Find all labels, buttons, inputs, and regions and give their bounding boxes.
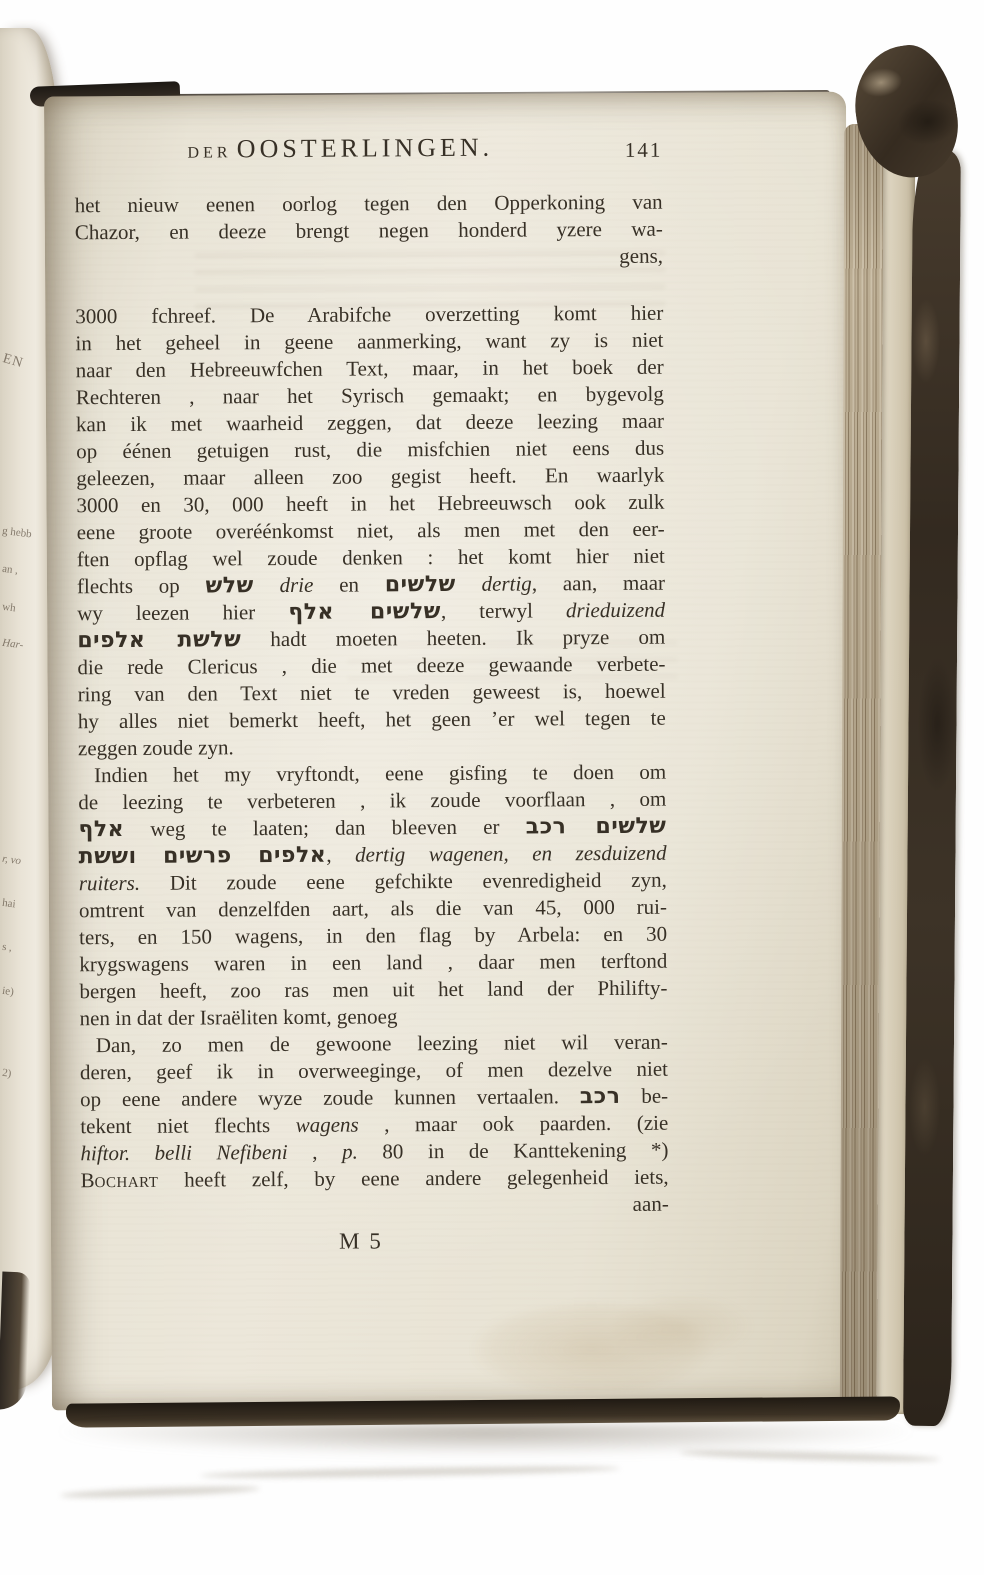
text-line: aan- bbox=[81, 1191, 669, 1222]
hebrew-text: אלף bbox=[78, 817, 124, 842]
text-line: deren, geef ik in overweeginge, of men d… bbox=[80, 1056, 668, 1087]
edge-text-fragment: ie) bbox=[1, 985, 54, 1003]
text-segment: Indien het my vryftondt, eene gisfing te… bbox=[94, 760, 666, 787]
text-line: ters, en 150 wagens, in den flag by Arbe… bbox=[79, 921, 667, 952]
text-line: geleezen, maar alleen zoo gegist heeft. … bbox=[76, 462, 664, 493]
text-segment: ring van den Text niet te vreden geweest… bbox=[78, 679, 666, 707]
book-photo: ENg hebban ,whHar-r, vohais ,ie)2) DER O… bbox=[0, 0, 984, 1575]
text-segment: geleezen, maar alleen zoo gegist heeft. … bbox=[76, 463, 664, 491]
text-segment: tekent niet flechts bbox=[80, 1113, 296, 1138]
text-segment: naar den Hebreeuwfchen Text, maar, in he… bbox=[76, 355, 664, 383]
text-segment: drie bbox=[279, 573, 313, 597]
text-segment: kan ik met waarheid zeggen, dat deeze le… bbox=[76, 409, 664, 437]
text-line: אלפים פרשים וששת, dertig wagenen, en zes… bbox=[79, 840, 667, 871]
text-segment: flechts op bbox=[77, 573, 206, 598]
text-segment: de leezing te verbeteren , ik zoude voor… bbox=[78, 787, 666, 815]
text-segment: weg te laaten; dan bleeven er bbox=[124, 815, 526, 841]
text-segment: ters, en 150 wagens, in den flag by Arbe… bbox=[79, 922, 667, 950]
text-line: op éénen getuigen rust, die misfchien ni… bbox=[76, 435, 664, 466]
paragraph: Dan, zo men de gewoone leezing niet wil … bbox=[80, 1029, 669, 1222]
text-segment: omtrent van denzelfden aart, als die van… bbox=[79, 895, 667, 923]
text-segment: , bbox=[326, 843, 355, 867]
text-segment: 3000 fchreef. De Arabifche overzetting k… bbox=[75, 301, 663, 329]
text-segment: die rede Clericus , die met deeze gewaan… bbox=[77, 652, 665, 680]
shadow-smudge bbox=[200, 1464, 620, 1479]
text-segment: en bbox=[313, 572, 385, 596]
text-segment: hy alles niet bemerkt heeft, het geen ’e… bbox=[78, 706, 666, 734]
text-segment: be- bbox=[620, 1084, 668, 1108]
text-line: kan ik met waarheid zeggen, dat deeze le… bbox=[76, 408, 664, 439]
text-line: 3000 fchreef. De Arabifche overzetting k… bbox=[75, 300, 663, 331]
text-segment: hadt moeten heeten. Ik pryze om bbox=[241, 625, 665, 652]
hebrew-text: שלשים אלף bbox=[288, 599, 441, 625]
hebrew-text: שלשת אלפים bbox=[77, 627, 241, 653]
text-segment bbox=[254, 573, 280, 597]
edge-text-fragment: 2) bbox=[1, 1067, 54, 1085]
text-line: Rechteren , naar het Syrisch gemaakt; en… bbox=[76, 381, 664, 412]
text-segment: ochart bbox=[95, 1168, 159, 1192]
leather-cover-edge bbox=[903, 150, 961, 1426]
running-title-prefix: DER bbox=[187, 144, 231, 161]
body-text: het nieuw eenen oorlog tegen den Opperko… bbox=[75, 189, 669, 1222]
text-segment: hiftor. belli Nefibeni bbox=[80, 1140, 287, 1165]
text-segment: deren, geef ik in overweeginge, of men d… bbox=[80, 1057, 668, 1085]
text-line: op eene andere wyze zoude kunnen vertaal… bbox=[80, 1083, 668, 1114]
text-segment: Dit zoude eene gefchikte evenredigheid z… bbox=[140, 868, 667, 895]
hebrew-text: שלשים רכב bbox=[526, 814, 667, 840]
text-segment: B bbox=[81, 1168, 95, 1192]
text-line: שלשת אלפים hadt moeten heeten. Ik pryze … bbox=[77, 624, 665, 655]
paragraph: Indien het my vryftondt, eene gisfing te… bbox=[78, 759, 668, 1033]
edge-text-fragment: r, vo bbox=[1, 853, 54, 871]
text-line: in het geheel in geene aanmerking, want … bbox=[75, 327, 663, 358]
edge-text-fragment: s , bbox=[1, 941, 54, 959]
text-line: Indien het my vryftondt, eene gisfing te… bbox=[78, 759, 666, 790]
hebrew-text: רכב bbox=[580, 1084, 621, 1109]
text-segment bbox=[456, 572, 482, 596]
text-segment: nen in dat der Israëliten komt, genoeg bbox=[80, 1004, 398, 1030]
hebrew-text: שלש bbox=[205, 573, 253, 598]
text-line: bergen heeft, zoo ras men uit het land d… bbox=[79, 975, 667, 1006]
text-block: DER OOSTERLINGEN. 141 het nieuw eenen oo… bbox=[74, 133, 669, 1257]
running-title: DER OOSTERLINGEN. bbox=[74, 133, 606, 167]
binding-edge-bottom-left bbox=[0, 1272, 30, 1411]
text-segment: bergen heeft, zoo ras men uit het land d… bbox=[79, 976, 667, 1004]
text-segment: zeggen zoude zyn. bbox=[78, 735, 234, 760]
text-line: tekent niet flechts wagens , maar ook pa… bbox=[80, 1110, 668, 1141]
text-line: ruiters. Dit zoude eene gefchikte evenre… bbox=[79, 867, 667, 898]
text-line: Chazor, en deeze brengt negen honderd yz… bbox=[75, 216, 663, 247]
text-segment: , bbox=[288, 1140, 343, 1164]
text-line: 3000 en 30, 000 heeft in het Hebreeuwsch… bbox=[76, 489, 664, 520]
text-segment: het nieuw eenen oorlog tegen den Opperko… bbox=[75, 190, 663, 218]
text-segment: 3000 en 30, 000 heeft in het Hebreeuwsch… bbox=[76, 490, 664, 518]
hebrew-text: אלפים פרשים וששת bbox=[79, 843, 327, 870]
page-number: 141 bbox=[625, 137, 663, 164]
text-segment: op eene andere wyze zoude kunnen vertaal… bbox=[80, 1084, 580, 1111]
text-line: omtrent van denzelfden aart, als die van… bbox=[79, 894, 667, 925]
text-line: zeggen zoude zyn. bbox=[78, 732, 666, 763]
text-segment: p. bbox=[342, 1140, 358, 1164]
text-line: Dan, zo men de gewoone leezing niet wil … bbox=[80, 1029, 668, 1060]
text-line: de leezing te verbeteren , ik zoude voor… bbox=[78, 786, 666, 817]
hebrew-text: שלשים bbox=[385, 572, 456, 597]
text-segment: heeft zelf, by eene andere gelegenheid i… bbox=[158, 1165, 668, 1192]
text-segment: in het geheel in geene aanmerking, want … bbox=[75, 328, 663, 356]
paragraph: 3000 fchreef. De Arabifche overzetting k… bbox=[75, 300, 666, 763]
shadow-smudge bbox=[60, 1485, 260, 1500]
text-line: wy leezen hier שלשים אלף, terwyl driedui… bbox=[77, 597, 665, 628]
text-line: hiftor. belli Nefibeni , p. 80 in de Kan… bbox=[80, 1137, 668, 1168]
text-line: ring van den Text niet te vreden geweest… bbox=[78, 678, 666, 709]
text-segment: aan- bbox=[633, 1192, 669, 1216]
book-page: DER OOSTERLINGEN. 141 het nieuw eenen oo… bbox=[44, 92, 854, 1411]
text-segment: , terwyl bbox=[441, 598, 566, 623]
text-line: ften opflag wel zoude denken : het komt … bbox=[77, 543, 665, 574]
text-line: het nieuw eenen oorlog tegen den Opperko… bbox=[75, 189, 663, 220]
text-segment: 80 in de Kanttekening *) bbox=[358, 1138, 669, 1164]
text-segment: op éénen getuigen rust, die misfchien ni… bbox=[76, 436, 664, 464]
text-segment: dertig wagenen, en zesduizend bbox=[355, 841, 667, 867]
text-line: אלף weg te laaten; dan bleeven er שלשים … bbox=[78, 813, 666, 844]
text-segment: eene groote overéénkomst niet, als men m… bbox=[77, 517, 665, 545]
text-segment: , aan, maar bbox=[532, 571, 665, 596]
text-line: krygswagens waren in een land , daar men… bbox=[79, 948, 667, 979]
text-segment: gens, bbox=[619, 244, 663, 268]
text-line: hy alles niet bemerkt heeft, het geen ’e… bbox=[78, 705, 666, 736]
text-segment: Rechteren , naar het Syrisch gemaakt; en… bbox=[76, 382, 664, 410]
text-segment: dertig bbox=[482, 571, 532, 595]
paper-stain bbox=[471, 1282, 772, 1394]
text-segment: , maar ook paarden. (zie bbox=[359, 1111, 669, 1137]
text-line: flechts op שלש drie en שלשים dertig, aan… bbox=[77, 570, 665, 601]
text-line: eene groote overéénkomst niet, als men m… bbox=[77, 516, 665, 547]
text-segment: Dan, zo men de gewoone leezing niet wil … bbox=[96, 1030, 668, 1057]
edge-text-fragment: hai bbox=[1, 897, 54, 915]
text-segment: drieduizend bbox=[566, 598, 665, 623]
text-line: die rede Clericus , die met deeze gewaan… bbox=[77, 651, 665, 682]
text-segment: ruiters. bbox=[79, 871, 140, 895]
text-line: nen in dat der Israëliten komt, genoeg bbox=[80, 1002, 668, 1033]
running-header: DER OOSTERLINGEN. 141 bbox=[74, 133, 662, 171]
running-title-main: OOSTERLINGEN. bbox=[237, 133, 494, 164]
text-segment: krygswagens waren in een land , daar men… bbox=[79, 949, 667, 977]
text-line: Bochart heeft zelf, by eene andere geleg… bbox=[81, 1164, 669, 1195]
text-segment: ften opflag wel zoude denken : het komt … bbox=[77, 544, 665, 572]
text-segment: wy leezen hier bbox=[77, 600, 288, 625]
text-line: gens, bbox=[75, 243, 663, 274]
text-segment: Chazor, en deeze brengt negen honderd yz… bbox=[75, 217, 663, 245]
text-segment: wagens bbox=[296, 1113, 359, 1137]
signature-mark: M 5 bbox=[67, 1226, 655, 1257]
paragraph: het nieuw eenen oorlog tegen den Opperko… bbox=[75, 189, 663, 274]
text-line: naar den Hebreeuwfchen Text, maar, in he… bbox=[76, 354, 664, 385]
